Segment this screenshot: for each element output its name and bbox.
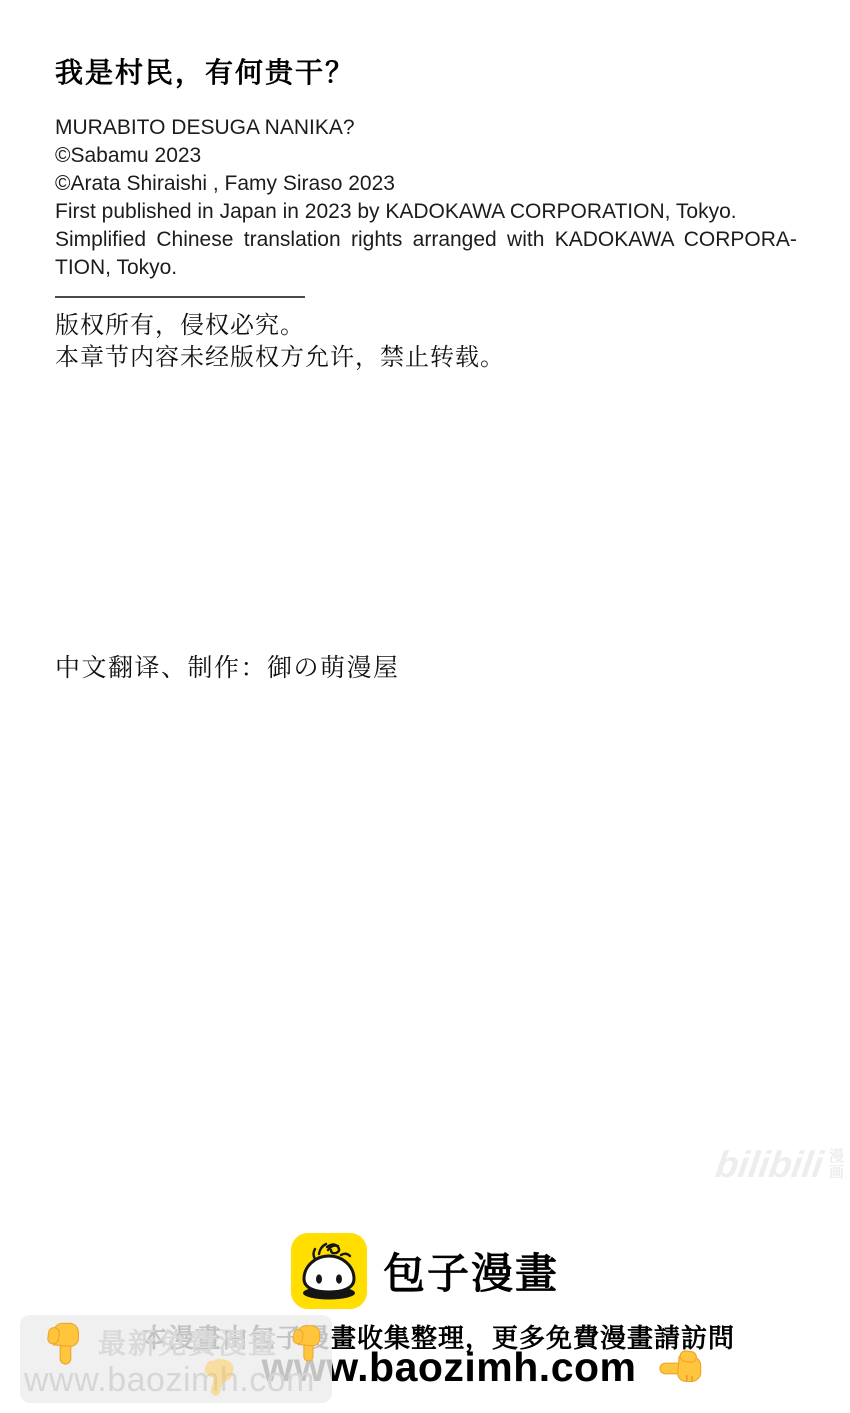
divider-line	[55, 296, 305, 298]
manga-title: 我是村民，有何贵干？	[55, 56, 800, 90]
manga-credits-page: 我是村民，有何贵干？ MURABITO DESUGA NANIKA? ©Saba…	[0, 0, 850, 1413]
baozi-bun-icon	[291, 1233, 367, 1309]
bilibili-logo: bilibili	[713, 1146, 825, 1183]
copyright-notice-1: 版权所有，侵权必究。	[55, 310, 800, 342]
credit-line-publisher: First published in Japan in 2023 by KADO…	[55, 198, 800, 226]
translation-credit: 中文翻译、制作：御の萌漫屋	[55, 648, 400, 684]
pointing-down-icon	[288, 1322, 328, 1362]
corner-watermark-row1: 最新免費漫畫	[20, 1315, 332, 1365]
pointing-left-icon	[649, 1345, 715, 1391]
corner-watermark-url: www.baozimh.com	[20, 1361, 332, 1400]
bilibili-watermark: bilibili 漫 画	[716, 1146, 844, 1183]
brand-row: 包子漫畫	[0, 1233, 850, 1309]
brand-name: 包子漫畫	[383, 1241, 559, 1301]
bilibili-manhua-label: 漫 画	[829, 1149, 844, 1181]
credit-line-copyright-1: ©Sabamu 2023	[55, 142, 800, 170]
credit-line-rights: Simplified Chinese translation rights ar…	[55, 226, 800, 254]
credits-block: 我是村民，有何贵干？ MURABITO DESUGA NANIKA? ©Saba…	[55, 56, 800, 374]
pointing-down-icon	[42, 1319, 88, 1365]
credit-line-rights-cont: TION, Tokyo.	[55, 254, 800, 282]
corner-watermark-box: 最新免費漫畫 www.baozimh.com	[20, 1315, 332, 1403]
credit-line-copyright-2: ©Arata Shiraishi , Famy Siraso 2023	[55, 170, 800, 198]
corner-watermark-text: 最新免費漫畫	[98, 1322, 278, 1362]
credit-line-romaji: MURABITO DESUGA NANIKA?	[55, 114, 800, 142]
copyright-notice-2: 本章节内容未经版权方允许，禁止转载。	[55, 342, 800, 374]
